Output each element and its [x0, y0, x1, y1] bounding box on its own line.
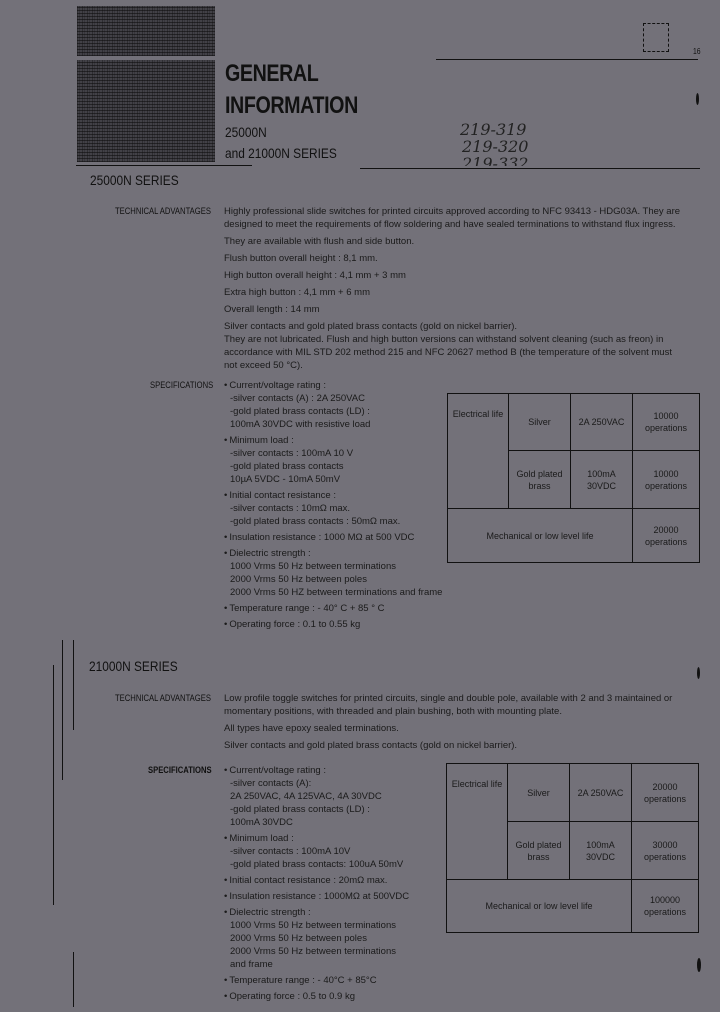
- rating-gold: 100mA 30VDC: [571, 451, 633, 509]
- rating-silver: 2A 250VAC: [571, 394, 633, 451]
- header-rule-left: [76, 165, 252, 166]
- life-table: Electrical life Silver 2A 250VAC 10000 o…: [447, 393, 700, 563]
- tech-advantages-text: Low profile toggle switches for printed …: [224, 692, 684, 756]
- page-title-line1: GENERAL: [225, 60, 318, 88]
- spec-item: Initial contact resistance : 20mΩ max.: [224, 874, 444, 887]
- subtitle-line1: 25000N: [225, 124, 267, 140]
- spec-line: 10µA 5VDC - 10mA 50mV: [224, 473, 444, 486]
- life-table: Electrical life Silver 2A 250VAC 20000 o…: [446, 763, 699, 933]
- section-heading-21000n: 21000N SERIES: [89, 658, 178, 674]
- contact-gold: Gold plated brass: [508, 822, 570, 880]
- spec-line: -gold plated brass contacts : 50mΩ max.: [224, 515, 444, 528]
- spec-line: -gold plated brass contacts: [224, 460, 444, 473]
- spec-title: Temperature range : - 40° C + 85 ° C: [224, 602, 444, 615]
- spec-item: Current/voltage rating :-silver contacts…: [224, 379, 444, 431]
- spec-item: Minimum load :-silver contacts : 100mA 1…: [224, 434, 444, 486]
- specifications-label: SPECIFICATIONS: [150, 380, 213, 390]
- logo-icon: [643, 23, 669, 52]
- tech-paragraph: Flush button overall height : 8,1 mm.: [224, 252, 684, 265]
- spec-title: Insulation resistance : 1000 MΩ at 500 V…: [224, 531, 444, 544]
- spec-title: Dielectric strength :: [224, 906, 444, 919]
- spec-line: -silver contacts : 100mA 10V: [224, 845, 444, 858]
- tech-paragraph: Silver contacts and gold plated brass co…: [224, 739, 684, 752]
- spec-line: 2000 Vrms 50 HZ between terminations and…: [224, 586, 444, 599]
- specifications-list: Current/voltage rating :-silver contacts…: [224, 379, 444, 634]
- specifications-label: SPECIFICATIONS: [148, 765, 212, 775]
- page-mark: 16: [693, 47, 701, 56]
- tech-paragraph: High button overall height : 4,1 mm + 3 …: [224, 269, 684, 282]
- rating-gold: 100mA 30VDC: [570, 822, 632, 880]
- spec-title: Dielectric strength :: [224, 547, 444, 560]
- tech-advantages-text: Highly professional slide switches for p…: [224, 205, 684, 376]
- spec-item: Insulation resistance : 1000MΩ at 500VDC: [224, 890, 444, 903]
- section-heading-25000n: 25000N SERIES: [90, 172, 179, 188]
- electrical-life-label: Electrical life: [448, 394, 509, 509]
- spec-item: Initial contact resistance :-silver cont…: [224, 489, 444, 528]
- spec-title: Current/voltage rating :: [224, 379, 444, 392]
- tech-paragraph: Extra high button : 4,1 mm + 6 mm: [224, 286, 684, 299]
- subtitle-line2: and 21000N SERIES: [225, 145, 337, 161]
- spec-title: Initial contact resistance :: [224, 489, 444, 502]
- tech-paragraph: Highly professional slide switches for p…: [224, 205, 684, 231]
- spec-item: Temperature range : - 40°C + 85°C: [224, 974, 444, 987]
- handwritten-ref-3: 219-332: [462, 154, 528, 166]
- tech-paragraph: They are not lubricated. Flush and high …: [224, 333, 684, 372]
- tech-paragraph: Silver contacts and gold plated brass co…: [224, 320, 684, 333]
- spec-line: 2000 Vrms 50 Hz between terminations: [224, 945, 444, 958]
- contact-silver: Silver: [508, 764, 570, 822]
- binding-hole-icon: [696, 93, 699, 105]
- spec-line: 2000 Vrms 50 Hz between poles: [224, 573, 444, 586]
- spec-line: 100mA 30VDC: [224, 816, 444, 829]
- spec-line: -silver contacts (A):: [224, 777, 444, 790]
- scan-edge-line: [62, 640, 63, 780]
- operations-gold: 10000 operations: [633, 451, 700, 509]
- spec-line: 100mA 30VDC with resistive load: [224, 418, 444, 431]
- tech-paragraph: Overall length : 14 mm: [224, 303, 684, 316]
- scan-edge-line: [73, 640, 74, 730]
- spec-title: Minimum load :: [224, 434, 444, 447]
- spec-item: Insulation resistance : 1000 MΩ at 500 V…: [224, 531, 444, 544]
- spec-title: Minimum load :: [224, 832, 444, 845]
- operations-silver: 10000 operations: [633, 394, 700, 451]
- spec-line: 1000 Vrms 50 Hz between terminations: [224, 560, 444, 573]
- spec-title: Initial contact resistance : 20mΩ max.: [224, 874, 444, 887]
- spec-item: Temperature range : - 40° C + 85 ° C: [224, 602, 444, 615]
- binding-hole-icon: [697, 958, 701, 972]
- tech-advantages-label: TECHNICAL ADVANTAGES: [115, 693, 211, 703]
- spec-line: -gold plated brass contacts (LD) :: [224, 803, 444, 816]
- binding-hole-icon: [697, 667, 700, 679]
- spec-title: Temperature range : - 40°C + 85°C: [224, 974, 444, 987]
- spec-title: Current/voltage rating :: [224, 764, 444, 777]
- spec-item: Dielectric strength :1000 Vrms 50 Hz bet…: [224, 906, 444, 971]
- page-title-line2: INFORMATION: [225, 92, 358, 120]
- mechanical-life-label: Mechanical or low level life: [447, 880, 632, 933]
- scan-edge-line: [73, 952, 74, 1007]
- mechanical-life-label: Mechanical or low level life: [448, 509, 633, 563]
- spec-title: Insulation resistance : 1000MΩ at 500VDC: [224, 890, 444, 903]
- spec-line: and frame: [224, 958, 444, 971]
- spec-line: -silver contacts : 100mA 10 V: [224, 447, 444, 460]
- tech-paragraph: Low profile toggle switches for printed …: [224, 692, 684, 718]
- spec-item: Minimum load :-silver contacts : 100mA 1…: [224, 832, 444, 871]
- spec-line: 2000 Vrms 50 Hz between poles: [224, 932, 444, 945]
- spec-title: Operating force : 0.5 to 0.9 kg: [224, 990, 444, 1003]
- header-image-bottom: [77, 60, 215, 162]
- spec-line: -silver contacts : 10mΩ max.: [224, 502, 444, 515]
- top-rule-right: [436, 59, 698, 60]
- operations-gold: 30000 operations: [632, 822, 699, 880]
- scan-edge-line: [53, 665, 54, 905]
- spec-line: -gold plated brass contacts: 100uA 50mV: [224, 858, 444, 871]
- spec-item: Current/voltage rating :-silver contacts…: [224, 764, 444, 829]
- spec-item: Operating force : 0.5 to 0.9 kg: [224, 990, 444, 1003]
- operations-silver: 20000 operations: [632, 764, 699, 822]
- tech-paragraph: All types have epoxy sealed terminations…: [224, 722, 684, 735]
- spec-line: 1000 Vrms 50 Hz between terminations: [224, 919, 444, 932]
- spec-item: Dielectric strength :1000 Vrms 50 Hz bet…: [224, 547, 444, 599]
- spec-item: Operating force : 0.1 to 0.55 kg: [224, 618, 444, 631]
- mechanical-operations: 20000 operations: [633, 509, 700, 563]
- tech-advantages-label: TECHNICAL ADVANTAGES: [115, 206, 211, 216]
- mechanical-operations: 100000 operations: [632, 880, 699, 933]
- specifications-list: Current/voltage rating :-silver contacts…: [224, 764, 444, 1006]
- spec-line: 2A 250VAC, 4A 125VAC, 4A 30VDC: [224, 790, 444, 803]
- contact-silver: Silver: [509, 394, 571, 451]
- rating-silver: 2A 250VAC: [570, 764, 632, 822]
- electrical-life-label: Electrical life: [447, 764, 508, 880]
- spec-title: Operating force : 0.1 to 0.55 kg: [224, 618, 444, 631]
- spec-line: -silver contacts (A) : 2A 250VAC: [224, 392, 444, 405]
- header-rule-right: [360, 168, 700, 169]
- spec-line: -gold plated brass contacts (LD) :: [224, 405, 444, 418]
- contact-gold: Gold plated brass: [509, 451, 571, 509]
- header-image-top: [77, 6, 215, 56]
- tech-paragraph: They are available with flush and side b…: [224, 235, 684, 248]
